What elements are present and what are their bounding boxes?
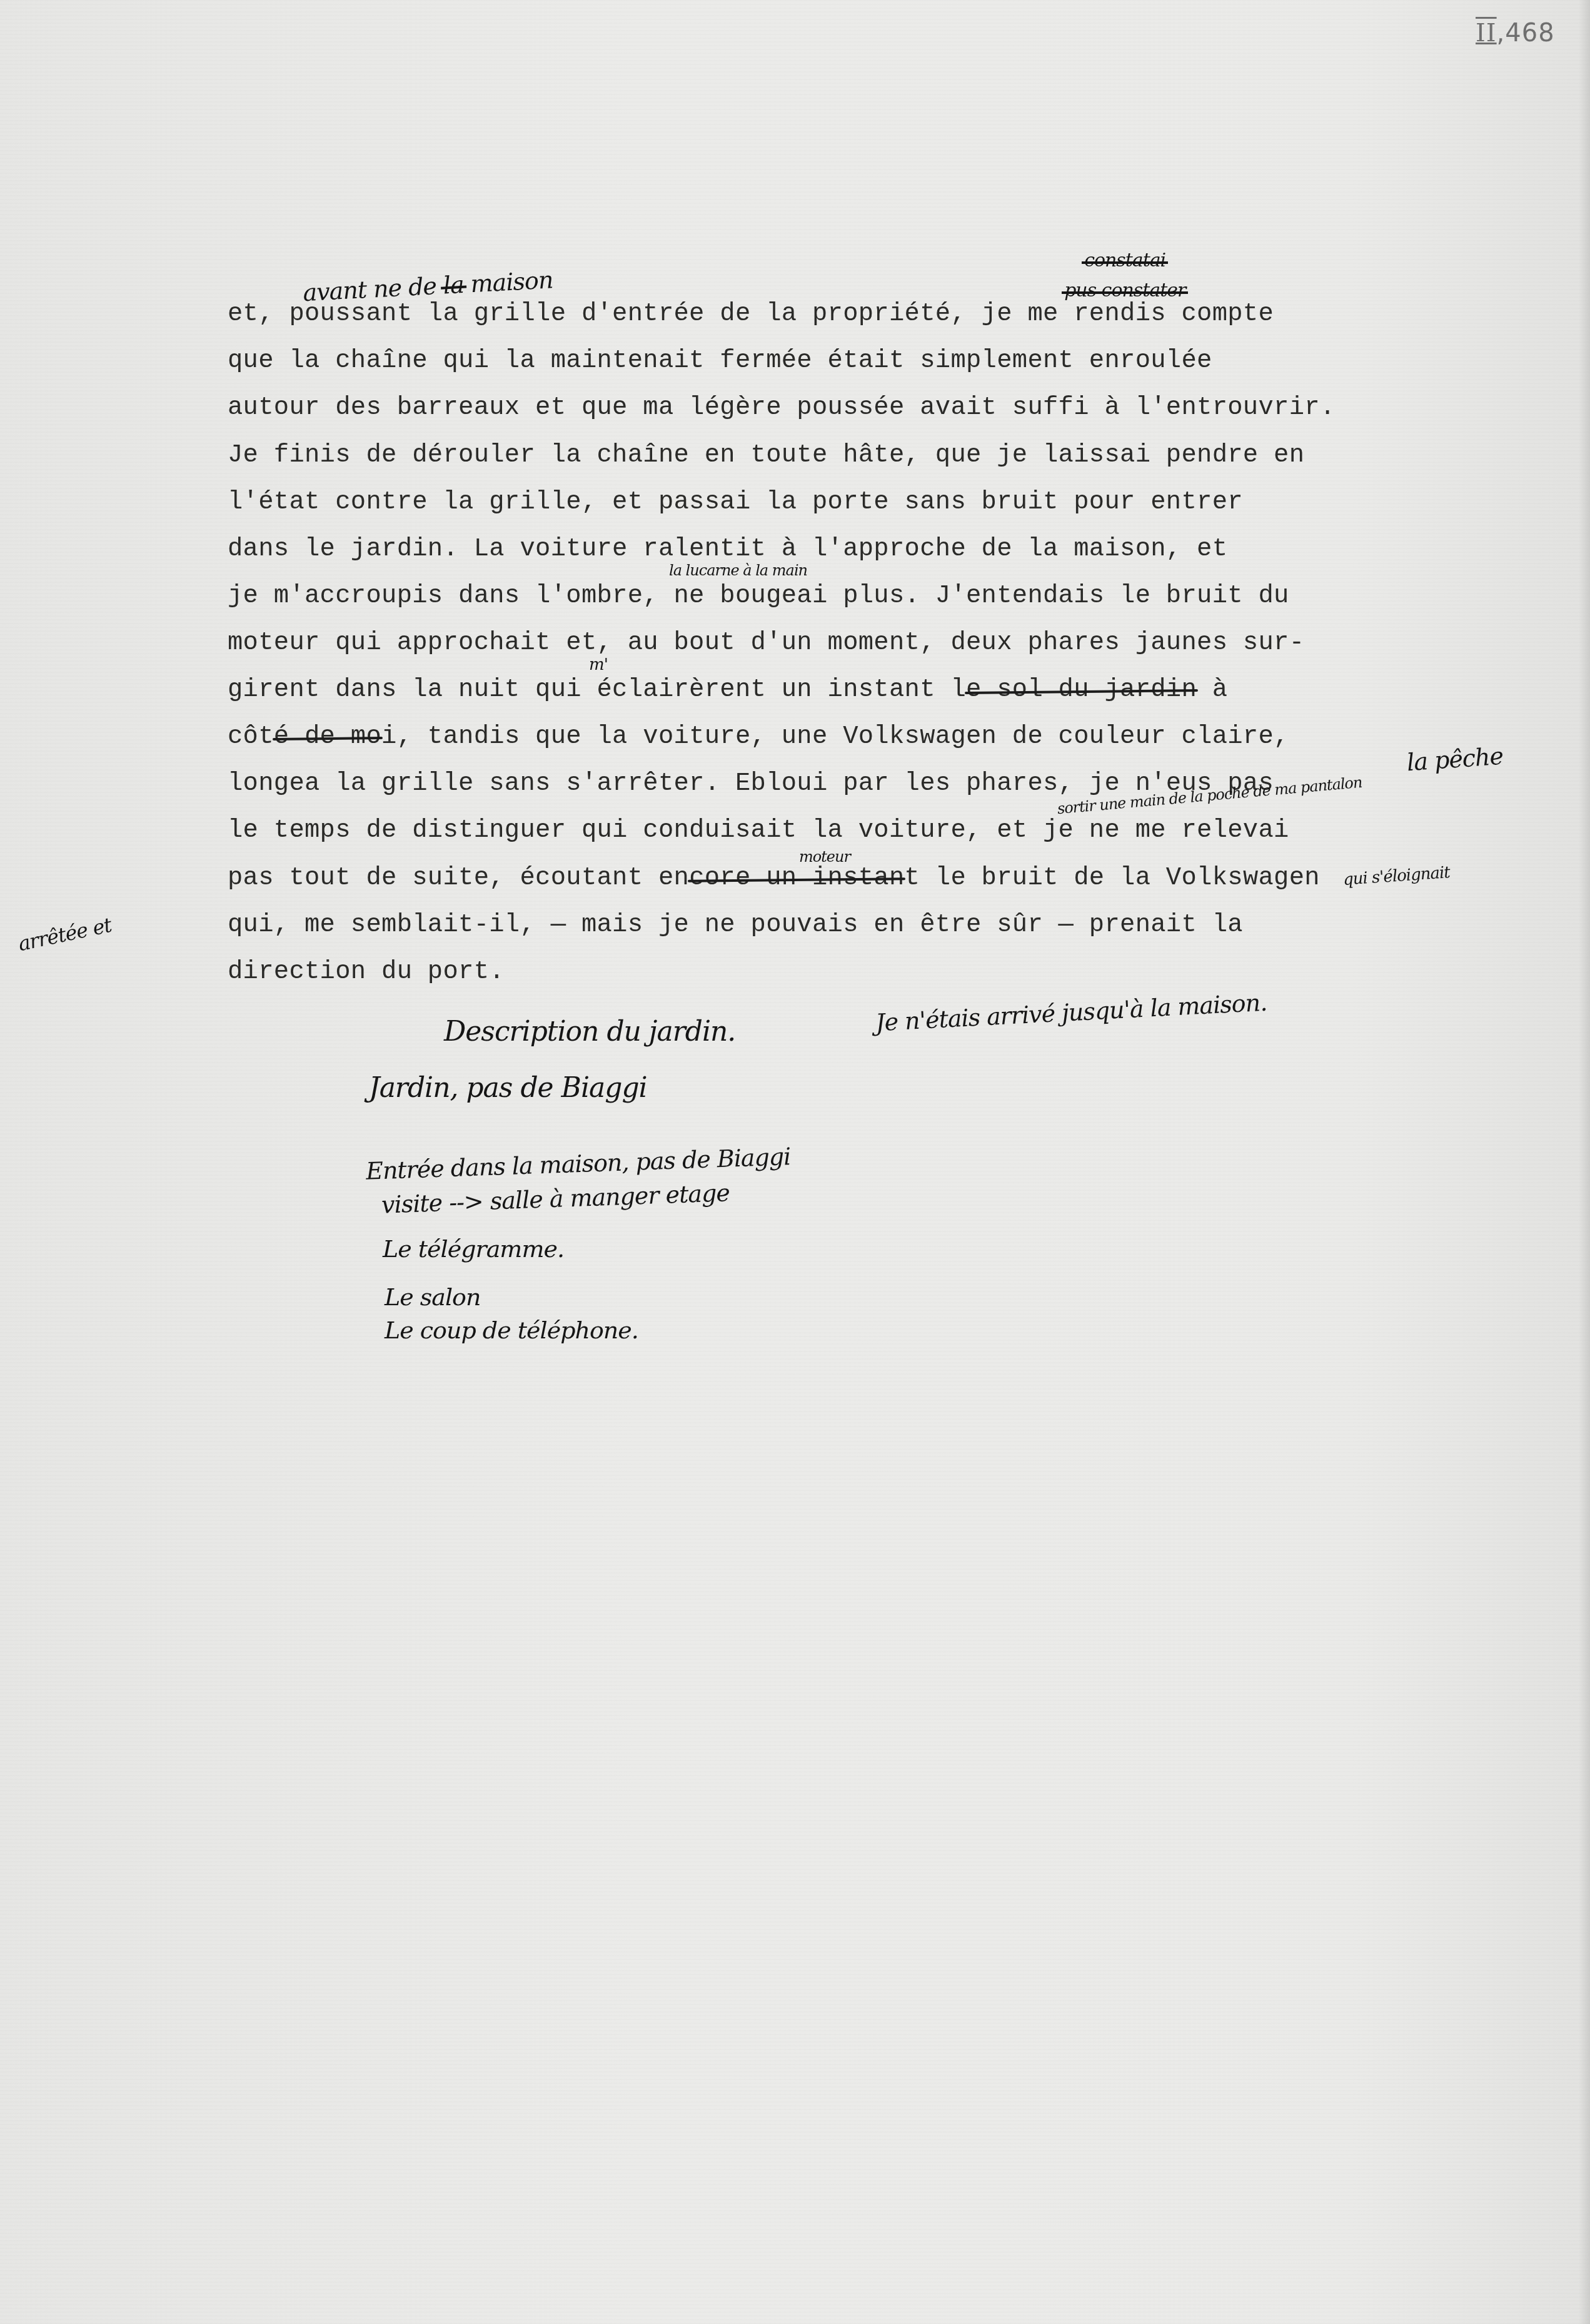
typed-line-10: côté de moi, tandis que la voiture, une …	[228, 724, 1289, 750]
typed-text: qui, me semblait-il, — mais je ne pouvai…	[228, 911, 1243, 939]
annotation-above-line-7: la lucarne à la main	[669, 563, 807, 578]
annotation-struck-text: la	[443, 271, 465, 300]
typed-text: pas tout de suite, écoutant en	[228, 864, 689, 892]
typed-line-1: et, poussant la grille d'entrée de la pr…	[228, 301, 1274, 327]
typed-text: moteur qui approchait et, au bout d'un m…	[228, 629, 1304, 657]
note-coup-telephone: Le coup de téléphone.	[385, 1318, 638, 1342]
typed-text: et, poussant la grille d'entrée de la pr…	[228, 300, 1274, 328]
typed-line-4: Je finis de dérouler la chaîne en toute …	[228, 443, 1304, 468]
folio-volume: II	[1476, 19, 1497, 48]
typed-line-13: pas tout de suite, écoutant encore un in…	[228, 866, 1320, 891]
annotation-after-line-13: qui s'éloignait	[1342, 864, 1450, 888]
typed-text: que la chaîne qui la maintenait fermée é…	[228, 346, 1212, 375]
typed-line-6: dans le jardin. La voiture ralentit à l'…	[228, 537, 1227, 562]
note-description-jardin: Description du jardin.	[444, 1018, 735, 1046]
typed-struck-text: é de mo	[274, 722, 381, 751]
typed-text: côt	[228, 722, 274, 751]
annotation-struck-text: pus constater	[1064, 280, 1185, 301]
typed-text: le temps de distinguer qui conduisait la…	[228, 816, 1289, 845]
note-jardin-biaggi: Jardin, pas de Biaggi	[369, 1074, 647, 1102]
typed-text: l'état contre la grille, et passai la po…	[228, 488, 1243, 517]
typed-text: i, tandis que la voiture, une Volkswagen…	[381, 722, 1289, 751]
typed-line-9: girent dans la nuit qui éclairèrent un i…	[228, 677, 1227, 703]
typed-line-2: que la chaîne qui la maintenait fermée é…	[228, 348, 1212, 374]
typed-line-8: moteur qui approchait et, au bout d'un m…	[228, 630, 1304, 656]
annotation-margin-right-line-11: la pêche	[1406, 744, 1504, 775]
typed-text: autour des barreaux et que ma légère pou…	[228, 393, 1335, 422]
folio-number: II,468	[1476, 19, 1555, 48]
typed-line-14: qui, me semblait-il, — mais je ne pouvai…	[228, 912, 1243, 938]
typed-text: direction du port.	[228, 957, 505, 986]
note-visite: visite --> salle à manger etage	[381, 1181, 730, 1216]
annotation-text: maison	[463, 266, 553, 298]
typed-text: Je finis de dérouler la chaîne en toute …	[228, 441, 1304, 470]
typed-line-5: l'état contre la grille, et passai la po…	[228, 490, 1243, 515]
typed-text: dans le jardin. La voiture ralentit à l'…	[228, 535, 1227, 563]
folio-page: 468	[1505, 19, 1554, 48]
typed-line-7: je m'accroupis dans l'ombre, ne bougeai …	[228, 584, 1289, 609]
typed-struck-text: e sol du jardin	[966, 675, 1197, 704]
typed-line-12: le temps de distinguer qui conduisait la…	[228, 818, 1289, 844]
note-entree-maison: Entrée dans la maison, pas de Biaggi	[366, 1144, 791, 1183]
annotation-above-line-13: moteur	[799, 849, 850, 864]
typed-text: t le bruit de la Volkswagen	[905, 864, 1320, 892]
typed-text: à	[1197, 675, 1227, 704]
annotation-margin-left-line-14: arrêtée et	[16, 915, 113, 954]
folio-separator: ,	[1497, 19, 1506, 48]
note-telegramme: Le télégramme.	[383, 1237, 564, 1261]
annotation-above-line-9: m'	[589, 657, 608, 673]
typed-line-11: longea la grille sans s'arrêter. Ebloui …	[228, 771, 1274, 797]
note-arrive-maison: Je n'étais arrivé jusqu'à la maison.	[875, 991, 1267, 1035]
typed-text: girent dans la nuit qui éclairèrent un i…	[228, 675, 966, 704]
typed-text: longea la grille sans s'arrêter. Ebloui …	[228, 769, 1274, 798]
note-salon: Le salon	[385, 1285, 480, 1309]
typed-line-15: direction du port.	[228, 959, 505, 985]
typed-struck-text: core un instan	[689, 864, 904, 892]
manuscript-page: II,468 avant ne de la maison constatai p…	[0, 0, 1590, 2324]
paper-edge-shadow	[1579, 0, 1590, 2324]
typed-text: je m'accroupis dans l'ombre, ne bougeai …	[228, 582, 1289, 610]
typed-line-3: autour des barreaux et que ma légère pou…	[228, 395, 1335, 421]
